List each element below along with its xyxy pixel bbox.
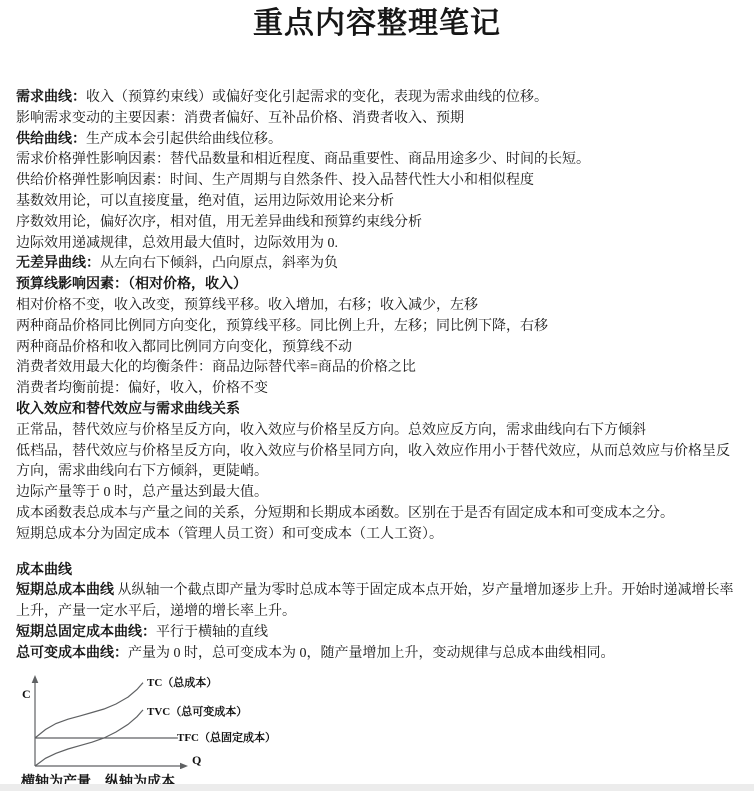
note-text: 收入（预算约束线）或偏好变化引起需求的变化，表现为需求曲线的位移。 <box>86 90 548 105</box>
note-line: 正常品，替代效应与价格呈反方向，收入效应与价格呈反方向。总效应反方向，需求曲线向… <box>16 421 738 442</box>
note-lead: 短期总固定成本曲线： <box>16 625 156 640</box>
tc-series-label: TC（总成本） <box>147 674 217 690</box>
cost-curves-plot <box>20 673 260 769</box>
note-text: 需求价格弹性影响因素：替代品数量和相近程度、商品重要性、商品用途多少、时间的长短… <box>16 152 590 167</box>
note-line: 成本函数表总成本与产量之间的关系，分短期和长期成本函数。区别在于是否有固定成本和… <box>16 504 738 525</box>
note-line: 影响需求变动的主要因素：消费者偏好、互补品价格、消费者收入、预期 <box>16 109 738 130</box>
note-lead: 无差异曲线： <box>16 256 100 271</box>
note-text: 从纵轴一个截点即产量为零时总成本等于固定成本点开始，岁产量增加逐步上升。开始时递… <box>16 583 734 619</box>
note-text: 从左向右下倾斜，凸向原点，斜率为负 <box>100 256 338 271</box>
note-line: 短期总固定成本曲线：平行于横轴的直线 <box>16 623 738 644</box>
note-text: 消费者均衡前提：偏好，收入，价格不变 <box>16 381 268 396</box>
note-text: 供给价格弹性影响因素：时间、生产周期与自然条件、投入品替代性大小和相似程度 <box>16 173 534 188</box>
note-line: 短期总成本分为固定成本（管理人员工资）和可变成本（工人工资）。 <box>16 525 738 546</box>
note-lead: 收入效应和替代效应与需求曲线关系 <box>16 402 240 417</box>
document-page: 重点内容整理笔记 需求曲线：收入（预算约束线）或偏好变化引起需求的变化，表现为需… <box>0 6 754 791</box>
note-text: 序数效用论，偏好次序，相对值，用无差异曲线和预算约束线分析 <box>16 215 422 230</box>
note-text: 两种商品价格和收入都同比例同方向变化，预算线不动 <box>16 340 352 355</box>
y-axis-arrow-icon <box>32 675 39 683</box>
note-text: 正常品，替代效应与价格呈反方向，收入效应与价格呈反方向。总效应反方向，需求曲线向… <box>16 423 646 438</box>
note-line: 短期总成本曲线 从纵轴一个截点即产量为零时总成本等于固定成本点开始，岁产量增加逐… <box>16 581 738 623</box>
page-bottom-edge <box>0 784 754 791</box>
y-axis-label: C <box>22 687 31 702</box>
note-line: 总可变成本曲线：产量为 0 时，总可变成本为 0，随产量增加上升，变动规律与总成… <box>16 644 738 665</box>
tvc-series-label: TVC（总可变成本） <box>147 703 247 719</box>
note-lead: 需求曲线： <box>16 90 86 105</box>
notes-body: 需求曲线：收入（预算约束线）或偏好变化引起需求的变化，表现为需求曲线的位移。 影… <box>16 88 738 665</box>
note-text: 边际产量等于 0 时，总产量达到最大值。 <box>16 485 268 500</box>
note-text: 相对价格不变，收入改变，预算线平移。收入增加，右移；收入减少，左移 <box>16 298 478 313</box>
note-line: 供给曲线：生产成本会引起供给曲线位移。 <box>16 130 738 151</box>
note-lead: 供给曲线： <box>16 132 86 147</box>
note-line: 需求价格弹性影响因素：替代品数量和相近程度、商品重要性、商品用途多少、时间的长短… <box>16 150 738 171</box>
note-line: 相对价格不变，收入改变，预算线平移。收入增加，右移；收入减少，左移 <box>16 296 738 317</box>
note-line: 边际效用递减规律，总效用最大值时，边际效用为 0. <box>16 234 738 255</box>
note-line: 两种商品价格和收入都同比例同方向变化，预算线不动 <box>16 338 738 359</box>
note-line: 消费者效用最大化的均衡条件：商品边际替代率=商品的价格之比 <box>16 358 738 379</box>
note-line: 边际产量等于 0 时，总产量达到最大值。 <box>16 483 738 504</box>
curve-0 <box>35 682 143 737</box>
note-line: 收入效应和替代效应与需求曲线关系 <box>16 400 738 421</box>
note-text: 基数效用论，可以直接度量，绝对值，运用边际效用论来分析 <box>16 194 394 209</box>
note-text: 产量为 0 时，总可变成本为 0，随产量增加上升，变动规律与总成本曲线相同。 <box>128 646 615 661</box>
x-axis-label: Q <box>192 753 201 768</box>
x-axis-arrow-icon <box>180 762 188 768</box>
page-title: 重点内容整理笔记 <box>0 6 754 42</box>
note-text: 短期总成本分为固定成本（管理人员工资）和可变成本（工人工资）。 <box>16 527 443 542</box>
note-line-heading: 成本曲线 <box>16 561 738 582</box>
note-line: 低档品，替代效应与价格呈反方向，收入效应与价格呈同方向，收入效应作用小于替代效应… <box>16 442 738 484</box>
note-text: 低档品，替代效应与价格呈反方向，收入效应与价格呈同方向，收入效应作用小于替代效应… <box>16 444 730 480</box>
note-lead: 预算线影响因素：（相对价格，收入） <box>16 277 247 292</box>
note-line: 序数效用论，偏好次序，相对值，用无差异曲线和预算约束线分析 <box>16 213 738 234</box>
note-lead: 短期总成本曲线 <box>16 583 114 598</box>
note-line: 需求曲线：收入（预算约束线）或偏好变化引起需求的变化，表现为需求曲线的位移。 <box>16 88 738 109</box>
note-text: 平行于横轴的直线 <box>156 625 268 640</box>
note-text: 生产成本会引起供给曲线位移。 <box>86 132 282 147</box>
note-line: 两种商品价格同比例同方向变化，预算线平移。同比例上升，左移；同比例下降，右移 <box>16 317 738 338</box>
note-line: 预算线影响因素：（相对价格，收入） <box>16 275 738 296</box>
note-lead: 成本曲线 <box>16 563 72 578</box>
note-text: 消费者效用最大化的均衡条件：商品边际替代率=商品的价格之比 <box>16 360 416 375</box>
note-text: 边际效用递减规律，总效用最大值时，边际效用为 0. <box>16 236 338 251</box>
note-line: 基数效用论，可以直接度量，绝对值，运用边际效用论来分析 <box>16 192 738 213</box>
tfc-series-label: TFC（总固定成本） <box>177 729 276 745</box>
note-lead: 总可变成本曲线： <box>16 646 128 661</box>
note-line: 供给价格弹性影响因素：时间、生产周期与自然条件、投入品替代性大小和相似程度 <box>16 171 738 192</box>
cost-curves-chart: C Q TC（总成本） TVC（总可变成本） TFC（总固定成本） <box>20 673 340 769</box>
note-text: 影响需求变动的主要因素：消费者偏好、互补品价格、消费者收入、预期 <box>16 111 464 126</box>
note-text: 两种商品价格同比例同方向变化，预算线平移。同比例上升，左移；同比例下降，右移 <box>16 319 548 334</box>
note-text: 成本函数表总成本与产量之间的关系，分短期和长期成本函数。区别在于是否有固定成本和… <box>16 506 674 521</box>
note-line: 无差异曲线：从左向右下倾斜，凸向原点，斜率为负 <box>16 254 738 275</box>
note-line: 消费者均衡前提：偏好，收入，价格不变 <box>16 379 738 400</box>
